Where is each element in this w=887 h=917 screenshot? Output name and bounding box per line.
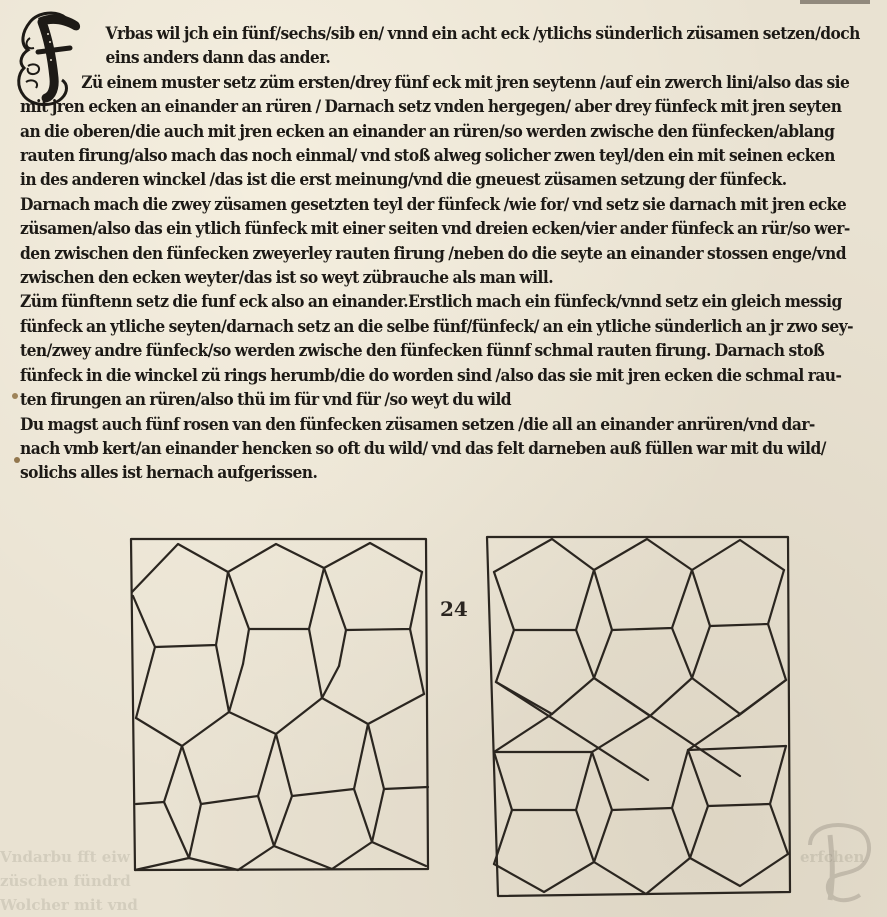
pentagon-tiling-right (482, 532, 794, 900)
page-number: 24 (440, 597, 468, 621)
bleed-through-initial-glyph (800, 815, 880, 910)
bleed-through-text: Wolcher mit vnd (0, 896, 138, 914)
text-line: Zü einem muster setz züm ersten/drey fün… (20, 71, 875, 95)
book-page: Vrbas wil jch ein fünf/sechs/sib en/ vnn… (0, 0, 887, 917)
text-line: ten/zwey andre fünfeck/so werden zwische… (20, 339, 875, 363)
text-line: Züm fünftenn setz die funf eck also an e… (20, 290, 875, 314)
text-line: eins anders dann das ander. (20, 46, 875, 70)
bleed-through-text: Vndarbu fft eiw (0, 848, 130, 866)
text-line: den zwischen den fünfecken zweyerley rau… (20, 242, 875, 266)
top-edge-rule (800, 0, 870, 4)
text-line: Du magst auch fünf rosen van den fünfeck… (20, 413, 875, 437)
ink-blot (14, 457, 20, 463)
text-line: an die oberen/die auch mit jren ecken an… (20, 120, 875, 144)
bleed-through-initial (800, 815, 880, 910)
text-line: züsamen/also das ein ytlich fünfeck mit … (20, 217, 875, 241)
pentagon-tiling-left-diagram (126, 534, 432, 876)
pentagon-tiling-right-diagram (482, 532, 794, 900)
text-line: zwischen den ecken weyter/das ist so wey… (20, 266, 875, 290)
bleed-through-text: züschen fündrd (0, 872, 131, 890)
text-line: mit jren ecken an einander an rüren / Da… (20, 95, 875, 119)
ink-blot (12, 393, 18, 399)
text-line: Darnach mach die zwey züsamen gesetzten … (20, 193, 875, 217)
text-line: fünfeck an ytliche seyten/darnach setz a… (20, 315, 875, 339)
body-text: Vrbas wil jch ein fünf/sechs/sib en/ vnn… (20, 22, 875, 486)
text-line: Vrbas wil jch ein fünf/sechs/sib en/ vnn… (20, 22, 875, 46)
text-line: rauten firung/also mach das noch einmal/… (20, 144, 875, 168)
text-line: ten firungen an rüren/also thü im für vn… (20, 388, 875, 412)
text-line: nach vmb kert/an einander hencken so oft… (20, 437, 875, 461)
pentagon-tiling-left (126, 534, 432, 876)
text-line: in des anderen winckel /das ist die erst… (20, 168, 875, 192)
text-line: solichs alles ist hernach aufgerissen. (20, 461, 875, 485)
text-line: fünfeck in die winckel zü rings herumb/d… (20, 364, 875, 388)
